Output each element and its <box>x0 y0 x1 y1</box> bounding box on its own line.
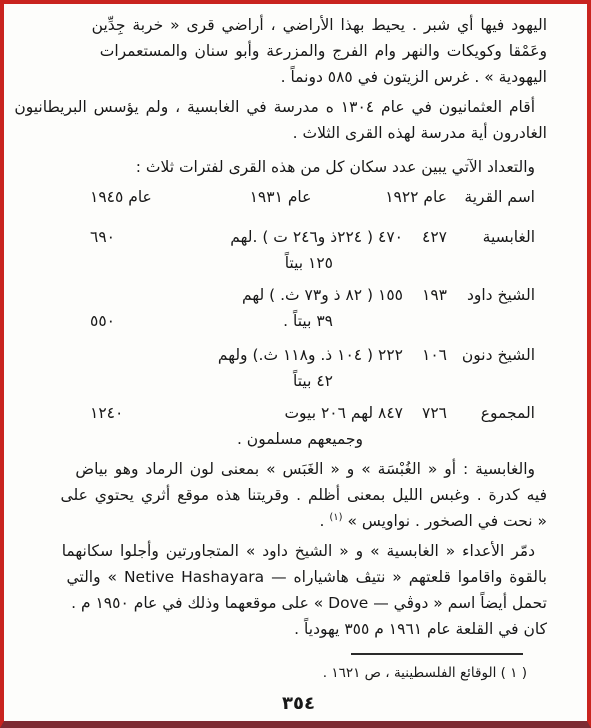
population-1922-cell: ٤٢٧ <box>403 224 459 276</box>
village-name-cell: الشيخ دنون <box>459 342 547 394</box>
text-line: بالقوة واقاموا قلعتهم « نتيڤ هاشياراه — … <box>50 564 547 590</box>
text-line: دمّر الأعداء « الغابسية » و « الشيخ داود… <box>50 538 547 564</box>
population-1945-total: ١٢٤٠ <box>50 400 158 452</box>
page-number: ٣٥٤ <box>50 692 547 716</box>
population-1931-cell: ١٥٥ ( ٨٢ ذ و٧٣ ث. ) لهم ٣٩ بيتاً . <box>158 282 403 334</box>
column-header-year-1945: عام ١٩٤٥ <box>50 184 158 210</box>
population-1945-cell <box>50 342 158 394</box>
column-header-year-1922: عام ١٩٢٢ <box>403 184 459 210</box>
population-1931-cell: ٤٧٠ ( ٢٢٤ذ و٢٤٦ ت ) .لهم ١٢٥ بيتاً <box>158 224 403 276</box>
population-1931-total: ٨٤٧ لهم ٢٠٦ بيوت وجميعهم مسلمون . <box>158 400 403 452</box>
population-1931-detail: ١٥٥ ( ٨٢ ذ و٧٣ ث. ) لهم <box>158 282 403 308</box>
village-name-cell: الغابسية <box>459 224 547 276</box>
text-line: اليهود فيها أي شبر . يحيط بهذا الأراضي ،… <box>50 12 547 38</box>
text-line: كان في القلعة عام ١٩٦١ م ٣٥٥ يهودياً . <box>50 616 547 642</box>
paragraph-1: اليهود فيها أي شبر . يحيط بهذا الأراضي ،… <box>50 12 547 90</box>
paragraph-5: دمّر الأعداء « الغابسية » و « الشيخ داود… <box>50 538 547 642</box>
population-1922-total: ٧٢٦ <box>403 400 459 452</box>
population-1922-cell: ١٩٣ <box>403 282 459 334</box>
census-row-sheikh-dawud: الشيخ داود ١٩٣ ١٥٥ ( ٨٢ ذ و٧٣ ث. ) لهم ٣… <box>50 282 547 334</box>
census-row-total: المجموع ٧٢٦ ٨٤٧ لهم ٢٠٦ بيوت وجميعهم مسل… <box>50 400 547 452</box>
text-line: وعَمْقا وكويكات والنهر وام الفرج والمزرع… <box>50 38 547 64</box>
census-row-sheikh-danun: الشيخ دنون ١٠٦ ٢٢٢ ( ١٠٤ ذ. و١١٨ ث.) وله… <box>50 342 547 394</box>
houses-count: ١٢٥ بيتاً <box>158 250 403 276</box>
paragraph-3: والتعداد الآتي يبين عدد سكان كل من هذه ا… <box>50 154 547 180</box>
paragraph-2: أقام العثمانيون في عام ١٣٠٤ ه مدرسة في ا… <box>50 94 547 146</box>
population-1931-total-detail: ٨٤٧ لهم ٢٠٦ بيوت <box>158 400 403 426</box>
census-table: اسم القرية عام ١٩٢٢ عام ١٩٣١ عام ١٩٤٥ ال… <box>50 184 547 452</box>
scanned-page-frame: اليهود فيها أي شبر . يحيط بهذا الأراضي ،… <box>0 0 591 728</box>
column-header-year-1931: عام ١٩٣١ <box>158 184 403 210</box>
text-line: اليهودية » . غرس الزيتون في ٥٨٥ دونماً . <box>50 64 547 90</box>
paragraph-4: والغابسية : أو « الغُبْسَة » و « الغَبَس… <box>50 456 547 534</box>
sentence-end: . <box>320 512 325 530</box>
text-line: والغابسية : أو « الغُبْسَة » و « الغَبَس… <box>50 456 547 482</box>
column-header-village-name: اسم القرية <box>459 184 547 210</box>
population-1945-cell: ٦٩٠ <box>50 224 158 276</box>
population-1922-cell: ١٠٦ <box>403 342 459 394</box>
all-muslims-note: وجميعهم مسلمون . <box>158 426 403 452</box>
population-1931-cell: ٢٢٢ ( ١٠٤ ذ. و١١٨ ث.) ولهم ٤٢ بيتاً <box>158 342 403 394</box>
population-1945-cell: ٥٥٠ <box>50 282 158 334</box>
quoted-text: « نحت في الصخور . نواويس » <box>348 512 547 530</box>
total-label-cell: المجموع <box>459 400 547 452</box>
population-1931-detail: ٢٢٢ ( ١٠٤ ذ. و١١٨ ث.) ولهم <box>158 342 403 368</box>
footnote-text: ( ١ ) الوقائع الفلسطينية ، ص ١٦٢١ . <box>50 662 547 684</box>
census-row-ghabisiya: الغابسية ٤٢٧ ٤٧٠ ( ٢٢٤ذ و٢٤٦ ت ) .لهم ١٢… <box>50 224 547 276</box>
text-line: أقام العثمانيون في عام ١٣٠٤ ه مدرسة في ا… <box>50 94 547 120</box>
text-line: « نحت في الصخور . نواويس » (١) . <box>50 508 547 534</box>
page-content: اليهود فيها أي شبر . يحيط بهذا الأراضي ،… <box>4 4 587 716</box>
houses-count: ٤٢ بيتاً <box>158 368 403 394</box>
census-table-header: اسم القرية عام ١٩٢٢ عام ١٩٣١ عام ١٩٤٥ <box>50 184 547 210</box>
houses-count: ٣٩ بيتاً . <box>158 308 403 334</box>
text-line: والتعداد الآتي يبين عدد سكان كل من هذه ا… <box>50 154 547 180</box>
footnote-separator-rule <box>351 653 523 655</box>
village-name-cell: الشيخ داود <box>459 282 547 334</box>
footnote-reference-mark: (١) <box>329 512 342 523</box>
text-line: فيه كدرة . وغبس الليل بمعنى أظلم . وقريت… <box>50 482 547 508</box>
text-line: تحمل أيضاً اسم « دوڤي — Dove » على موقعه… <box>50 590 547 616</box>
text-line: الغادرون أية مدرسة لهذه القرى الثلاث . <box>50 120 547 146</box>
population-1931-detail: ٤٧٠ ( ٢٢٤ذ و٢٤٦ ت ) .لهم <box>158 224 403 250</box>
